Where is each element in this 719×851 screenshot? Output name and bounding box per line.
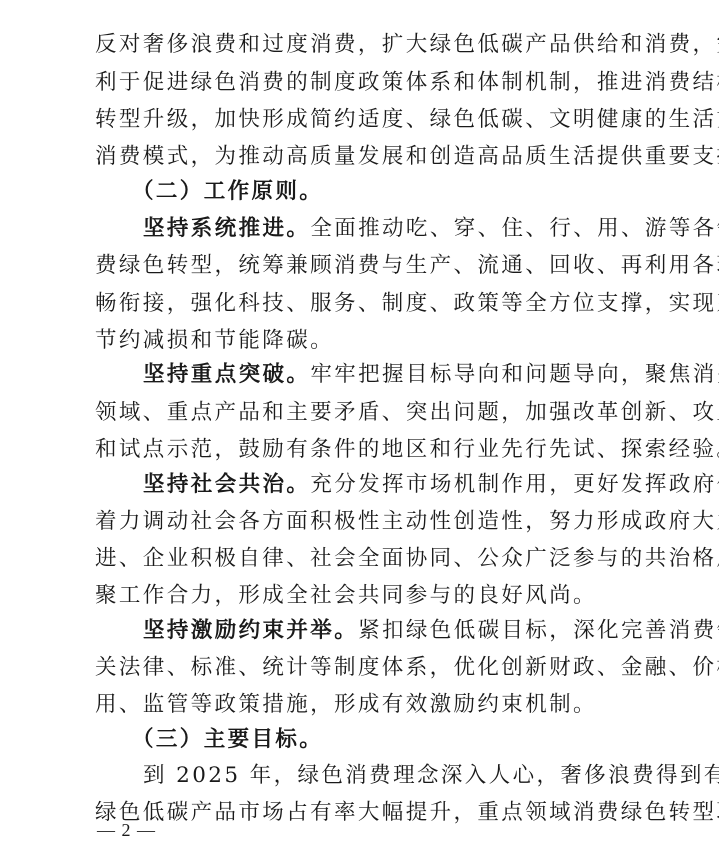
section-heading: （三）主要目标。: [132, 721, 662, 759]
principle-title: 坚持社会共治。: [143, 472, 310, 497]
body-line: 和试点示范，鼓励有条件的地区和行业先行先试、探索经验。: [95, 431, 625, 469]
body-line: 畅衔接，强化科技、服务、制度、政策等全方位支撑，实现系统化: [95, 285, 625, 323]
body-line: 进、企业积极自律、社会全面协同、公众广泛参与的共治格局，凝: [95, 540, 625, 578]
body-line: 领域、重点产品和主要矛盾、突出问题，加强改革创新、攻坚克难: [95, 394, 625, 432]
body-line: 聚工作合力，形成全社会共同参与的良好风尚。: [95, 577, 625, 615]
body-line: 到 2025 年，绿色消费理念深入人心，奢侈浪费得到有效遏制，: [143, 757, 673, 795]
page-number: — 2 —: [97, 817, 156, 843]
body-line: 转型升级，加快形成简约适度、绿色低碳、文明健康的生活方式和: [95, 101, 625, 139]
body-line: 节约减损和节能降碳。: [95, 322, 625, 360]
section-heading: （二）工作原则。: [132, 173, 662, 211]
principle-title: 坚持激励约束并举。: [143, 618, 358, 643]
body-line: 着力调动社会各方面积极性主动性创造性，努力形成政府大力促: [95, 503, 625, 541]
body-line: 关法律、标准、统计等制度体系，优化创新财政、金融、价格、信: [95, 649, 625, 687]
document-page: 反对奢侈浪费和过度消费，扩大绿色低碳产品供给和消费，完善有 利于促进绿色消费的制…: [0, 0, 719, 851]
principle-line: 坚持系统推进。全面推动吃、穿、住、行、用、游等各领域消: [143, 210, 673, 248]
body-line: 用、监管等政策措施，形成有效激励约束机制。: [95, 686, 625, 724]
body-line: 费绿色转型，统筹兼顾消费与生产、流通、回收、再利用各环节顺: [95, 247, 625, 285]
body-line: 消费模式，为推动高质量发展和创造高品质生活提供重要支撑。: [95, 138, 625, 176]
principle-line: 坚持激励约束并举。紧扣绿色低碳目标，深化完善消费领域相: [143, 612, 673, 650]
principle-text: 紧扣绿色低碳目标，深化完善消费领域相: [358, 618, 719, 643]
body-line: 绿色低碳产品市场占有率大幅提升，重点领域消费绿色转型取得明: [95, 794, 625, 832]
principle-title: 坚持系统推进。: [143, 216, 310, 241]
body-line: 利于促进绿色消费的制度政策体系和体制机制，推进消费结构绿色: [95, 64, 625, 102]
principle-text: 充分发挥市场机制作用，更好发挥政府作用，: [310, 472, 719, 497]
principle-line: 坚持重点突破。牢牢把握目标导向和问题导向，聚焦消费重点: [143, 356, 673, 394]
body-line: 反对奢侈浪费和过度消费，扩大绿色低碳产品供给和消费，完善有: [95, 26, 625, 64]
principle-text: 牢牢把握目标导向和问题导向，聚焦消费重点: [310, 362, 719, 387]
principle-text: 全面推动吃、穿、住、行、用、游等各领域消: [310, 216, 719, 241]
principle-title: 坚持重点突破。: [143, 362, 310, 387]
principle-line: 坚持社会共治。充分发挥市场机制作用，更好发挥政府作用，: [143, 466, 673, 504]
